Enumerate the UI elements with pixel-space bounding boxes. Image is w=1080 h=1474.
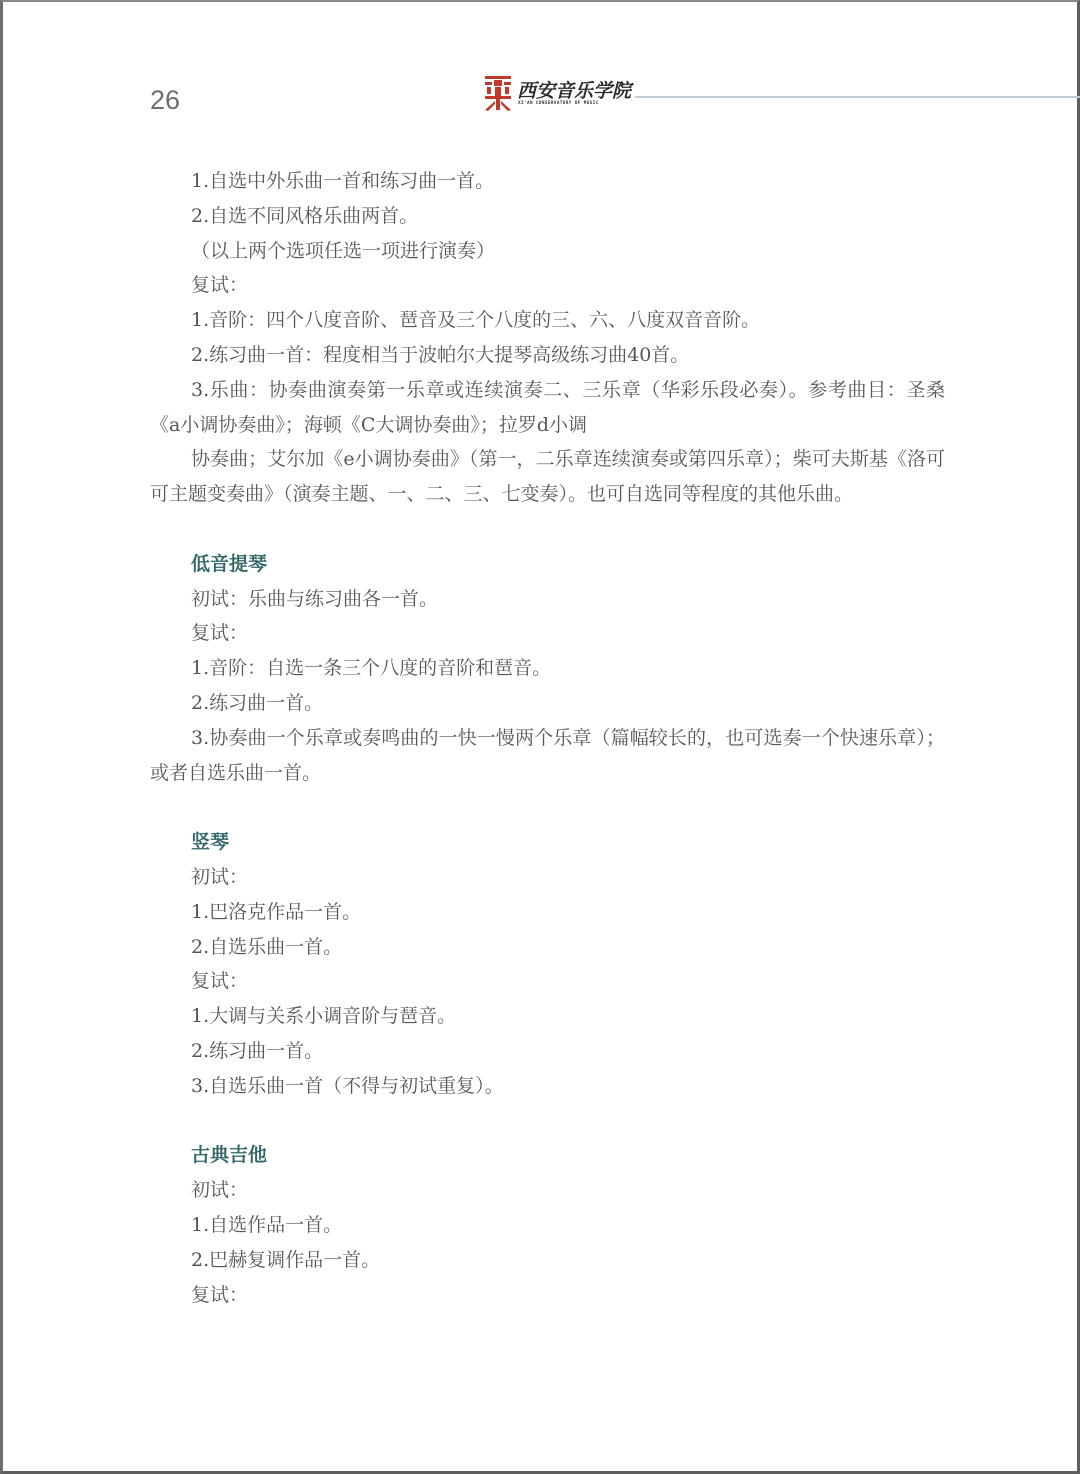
paragraph: 初试： — [150, 1173, 945, 1208]
paragraph: 协奏曲；艾尔加《e小调协奏曲》（第一，二乐章连续演奏或第四乐章）；柴可夫斯基《洛… — [150, 442, 945, 512]
conservatory-logo: 西安音乐学院 XI'AN CONSERVATORY OF MUSIC — [483, 74, 623, 114]
paragraph: （以上两个选项任选一项进行演奏） — [150, 234, 945, 269]
paragraph: 1.音阶：四个八度音阶、琶音及三个八度的三、六、八度双音音阶。 — [150, 303, 945, 338]
page-number: 26 — [150, 85, 180, 116]
paragraph: 初试： — [150, 860, 945, 895]
paragraph: 2.练习曲一首：程度相当于波帕尔大提琴高级练习曲40首。 — [150, 338, 945, 373]
paragraph: 复试： — [150, 616, 945, 651]
paragraph: 复试： — [150, 268, 945, 303]
section-title-harp: 竖琴 — [150, 825, 945, 860]
paragraph: 初试：乐曲与练习曲各一首。 — [150, 582, 945, 617]
paragraph: 1.自选中外乐曲一首和练习曲一首。 — [150, 164, 945, 199]
spacer — [150, 512, 945, 547]
paragraph: 2.练习曲一首。 — [150, 686, 945, 721]
section-title-classical-guitar: 古典吉他 — [150, 1138, 945, 1173]
logo-english-name: XI'AN CONSERVATORY OF MUSIC — [518, 101, 599, 106]
paragraph: 1.大调与关系小调音阶与琶音。 — [150, 999, 945, 1034]
header-rule — [635, 96, 1080, 98]
paragraph: 3.协奏曲一个乐章或奏鸣曲的一快一慢两个乐章（篇幅较长的，也可选奏一个快速乐章）… — [150, 721, 945, 791]
spacer — [150, 790, 945, 825]
document-body: 1.自选中外乐曲一首和练习曲一首。 2.自选不同风格乐曲两首。 （以上两个选项任… — [150, 164, 945, 1312]
seal-icon — [483, 74, 513, 112]
paragraph: 3.乐曲：协奏曲演奏第一乐章或连续演奏二、三乐章（华彩乐段必奏）。参考曲目：圣桑… — [150, 373, 945, 443]
paragraph: 2.练习曲一首。 — [150, 1034, 945, 1069]
paragraph: 1.自选作品一首。 — [150, 1208, 945, 1243]
logo-chinese-name: 西安音乐学院 — [517, 76, 631, 103]
paragraph: 2.巴赫复调作品一首。 — [150, 1243, 945, 1278]
document-page: 26 西安音乐学院 XI'AN CONSERVATORY OF MUSIC 1.… — [0, 0, 1080, 1474]
paragraph: 复试： — [150, 1278, 945, 1313]
paragraph: 2.自选乐曲一首。 — [150, 930, 945, 965]
paragraph: 2.自选不同风格乐曲两首。 — [150, 199, 945, 234]
paragraph: 1.音阶：自选一条三个八度的音阶和琶音。 — [150, 651, 945, 686]
paragraph: 复试： — [150, 964, 945, 999]
section-title-double-bass: 低音提琴 — [150, 547, 945, 582]
paragraph: 3.自选乐曲一首（不得与初试重复）。 — [150, 1069, 945, 1104]
paragraph: 1.巴洛克作品一首。 — [150, 895, 945, 930]
spacer — [150, 1104, 945, 1139]
